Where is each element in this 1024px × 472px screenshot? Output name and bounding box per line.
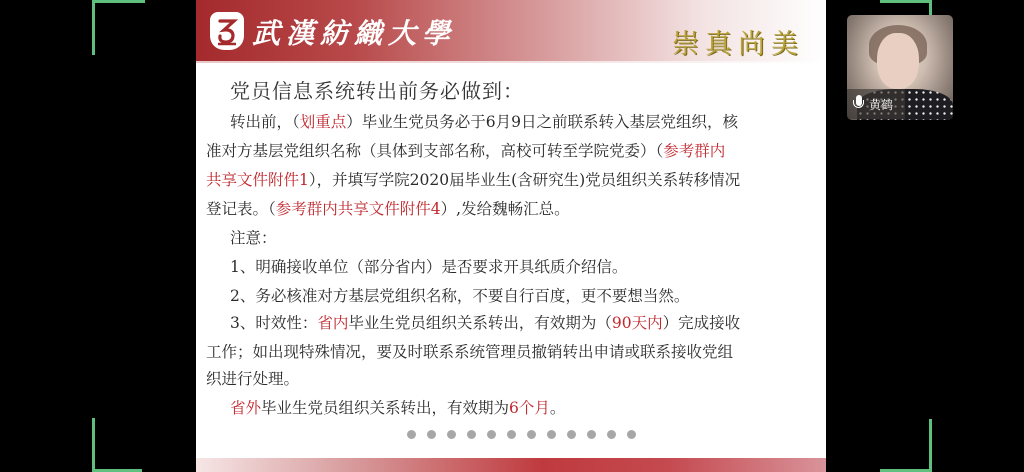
slide-title: 党员信息系统转出前务必做到： xyxy=(230,75,524,104)
body-text: 工作；如出现特殊情况，要及时联系系统管理员撤销转出申请或联系接收党组 xyxy=(206,343,733,361)
body-text: ）完成接收 xyxy=(663,314,741,332)
body-text: 。 xyxy=(550,399,566,417)
pagination-dot[interactable] xyxy=(587,430,596,439)
highlight-text: 参考群内 xyxy=(663,142,725,160)
microphone-icon xyxy=(853,95,865,113)
para1-line4: 登记表。（参考群内共享文件附件4）,发给魏畅汇总。 xyxy=(206,197,570,219)
pagination-dot[interactable] xyxy=(607,430,616,439)
body-text: ），并填写学院2020届毕业生(含研究生)党员组织关系转移情况 xyxy=(309,171,740,189)
highlight-text: 90天内 xyxy=(612,314,663,332)
frame-corner-top-left xyxy=(92,0,145,55)
note-item-1: 1、明确接收单位（部分省内）是否要求开具纸质介绍信。 xyxy=(230,255,627,277)
note-label: 注意： xyxy=(230,226,277,248)
meeting-screen: 武漢紡織大學 崇真尚美 党员信息系统转出前务必做到： 转出前，（划重点）毕业生党… xyxy=(0,0,1024,472)
note-item-4: 省外毕业生党员组织关系转出，有效期为6个月。 xyxy=(230,396,565,418)
pagination-dot[interactable] xyxy=(407,430,416,439)
pagination-dot[interactable] xyxy=(527,430,536,439)
note-item-3-line3: 织进行处理。 xyxy=(206,367,299,389)
frame-corner-bottom-right xyxy=(880,419,932,472)
pagination-dot[interactable] xyxy=(447,430,456,439)
note-item-2: 2、务必核准对方基层党组织名称，不要自行百度，更不要想当然。 xyxy=(230,284,689,306)
pagination-dot[interactable] xyxy=(487,430,496,439)
pagination-dot[interactable] xyxy=(567,430,576,439)
body-text: 3、时效性： xyxy=(230,314,317,332)
highlight-text: 省内 xyxy=(317,314,348,332)
slide-header: 武漢紡織大學 崇真尚美 xyxy=(196,0,826,61)
body-text: 毕业生党员组织关系转出，有效期为（ xyxy=(348,314,612,332)
body-text: 织进行处理。 xyxy=(206,370,299,388)
slide-footer-bar xyxy=(196,458,826,472)
frame-corner-top-right xyxy=(880,0,932,15)
pagination-dot[interactable] xyxy=(627,430,636,439)
body-text: 毕业生党员组织关系转出，有效期为 xyxy=(261,399,509,417)
para1-line1: 转出前，（划重点）毕业生党员务必于6月9日之前联系转入基层党组织，核 xyxy=(230,110,738,132)
para1-line3: 共享文件附件1），并填写学院2020届毕业生(含研究生)党员组织关系转移情况 xyxy=(206,168,740,190)
slide-pagination-dots xyxy=(407,430,636,439)
shared-slide: 武漢紡織大學 崇真尚美 党员信息系统转出前务必做到： 转出前，（划重点）毕业生党… xyxy=(196,0,826,472)
pagination-dot[interactable] xyxy=(427,430,436,439)
highlight-text: 6个月 xyxy=(509,399,550,417)
participant-label: 黄鹤 xyxy=(847,89,905,119)
body-text: ）,发给魏畅汇总。 xyxy=(441,200,570,218)
pagination-dot[interactable] xyxy=(547,430,556,439)
logo-emblem-icon xyxy=(214,16,240,46)
participant-name: 黄鹤 xyxy=(869,96,893,113)
participant-video-tile[interactable]: 黄鹤 xyxy=(847,15,953,120)
body-text: 准对方基层党组织名称（具体到支部名称，高校可转至学院党委）（ xyxy=(206,142,663,160)
frame-corner-bottom-left xyxy=(92,418,142,472)
body-text: ）毕业生党员务必于6月9日之前联系转入基层党组织，核 xyxy=(346,113,738,131)
highlight-text: 参考群内共享文件附件4 xyxy=(276,200,441,218)
pagination-dot[interactable] xyxy=(467,430,476,439)
body-text: 转出前，（ xyxy=(230,113,300,131)
highlight-text: 共享文件附件1 xyxy=(206,171,309,189)
university-logo-icon xyxy=(210,12,244,50)
header-divider xyxy=(196,61,826,63)
highlight-text: 省外 xyxy=(230,399,261,417)
para1-line2: 准对方基层党组织名称（具体到支部名称，高校可转至学院党委）（参考群内 xyxy=(206,139,725,161)
university-motto: 崇真尚美 xyxy=(672,22,804,61)
note-item-3-line1: 3、时效性：省内毕业生党员组织关系转出，有效期为（90天内）完成接收 xyxy=(230,311,740,333)
note-item-3-line2: 工作；如出现特殊情况，要及时联系系统管理员撤销转出申请或联系接收党组 xyxy=(206,340,733,362)
participant-face xyxy=(877,33,919,89)
body-text: 登记表。（ xyxy=(206,200,276,218)
highlight-text: 划重点 xyxy=(300,113,347,131)
pagination-dot[interactable] xyxy=(507,430,516,439)
university-name: 武漢紡織大學 xyxy=(252,12,456,52)
